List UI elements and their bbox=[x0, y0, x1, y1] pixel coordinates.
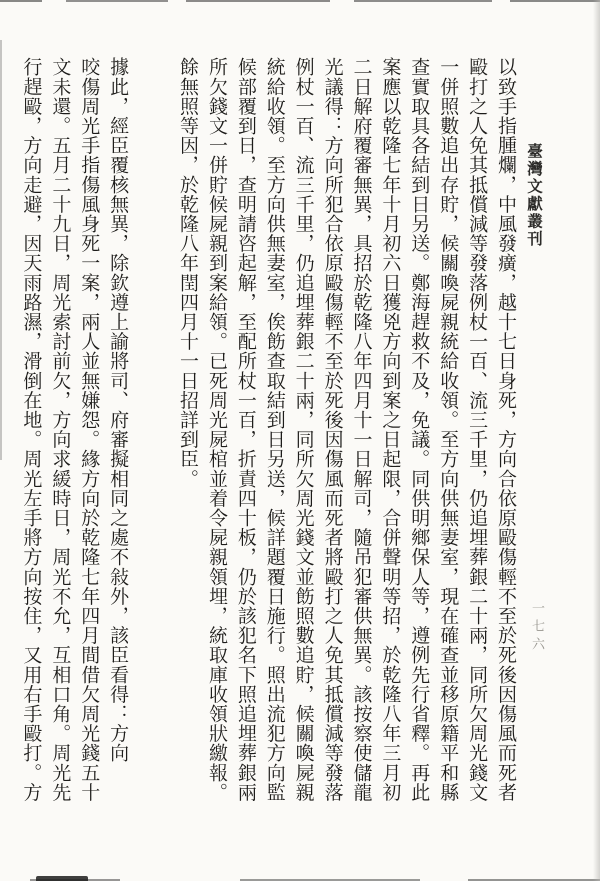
text-column: 所欠錢文一併貯候屍親到案給領。已死周光屍棺並着令屍親領埋，統取庫收領狀繳報。 bbox=[201, 57, 230, 805]
scan-edge-left bbox=[0, 40, 2, 460]
text-column: 咬傷周光手指傷風身死一案，兩人並無嫌怨。緣方向於乾隆七年四月間借欠周光錢五十 bbox=[73, 57, 102, 805]
text-column: 例杖一百、流三千里，仍追埋葬銀二十兩，同所欠周光錢文並飭照數追貯，候關喚屍親 bbox=[288, 57, 317, 805]
text-column: 查實取具各結到日另送。鄭海趕救不及，免議。同供明鄉保人等，遵例先行省釋。再此 bbox=[403, 57, 432, 805]
text-column: 餘無照等因，於乾隆八年閏四月十一日招詳到臣。 bbox=[172, 57, 201, 805]
text-column: 行趕毆，方向走避，因天雨路濕，滑倒在地。周光左手將方向按住，又用右手毆打。方 bbox=[16, 57, 45, 805]
text-column: 統給收領。至方向供無妻室，俟飭查取結到日另送，候詳題覆日施行。照出流犯方向監 bbox=[259, 57, 288, 805]
folio-page-number: 一七六 bbox=[528, 601, 547, 671]
vertical-text-block: 以致手指腫爛，中風發癀，越十七日身死，方向合依原毆傷輕不至於死後因傷風而死者 毆… bbox=[56, 57, 519, 805]
text-column: 以致手指腫爛，中風發癀，越十七日身死，方向合依原毆傷輕不至於死後因傷風而死者 bbox=[490, 57, 519, 805]
text-column: 毆打之人免其抵償減等發落例杖一百、流三千里，仍追埋葬銀二十兩，同所欠周光錢文 bbox=[461, 57, 490, 805]
scanned-document-page: 臺灣文獻叢刊 一七六 以致手指腫爛，中風發癀，越十七日身死，方向合依原毆傷輕不至… bbox=[0, 0, 600, 881]
text-column-paragraph-start: 據此，經臣覆核無異，除欽遵上諭將司、府審擬相同之處不敍外，該臣看得：方向 bbox=[102, 57, 172, 764]
scan-edge-right bbox=[593, 0, 600, 881]
text-column: 二日解府覆審無異，具招於乾隆八年四月十一日解司，隨吊犯審供無異。該按察使儲龍 bbox=[346, 57, 375, 805]
text-column: 案應以乾隆七年十月初六日獲兇方向到案之日起限，合併聲明等招，於乾隆八年三月初 bbox=[374, 57, 403, 805]
scan-artifact-mark bbox=[36, 876, 88, 881]
scan-edge-top bbox=[0, 0, 600, 2]
text-column: 候部覆到日，查明請咨起解，至配所杖一百，折責四十板，仍於該犯名下照追埋葬銀兩 bbox=[230, 57, 259, 805]
running-head-series-title: 臺灣文獻叢刊 bbox=[522, 143, 544, 263]
text-column: 文未還。五月二十九日，周光索討前欠，方向求緩時日，周光不允，互相口角。周光先 bbox=[44, 57, 73, 805]
text-column: 光議得：方向所犯合依原毆傷輕不至於死後因傷風而死者將毆打之人免其抵償減等發落 bbox=[317, 57, 346, 805]
text-column: 一併照數追出存貯，候關喚屍親統給收領。至方向供無妻室，現在確查並移原籍平和縣 bbox=[432, 57, 461, 805]
